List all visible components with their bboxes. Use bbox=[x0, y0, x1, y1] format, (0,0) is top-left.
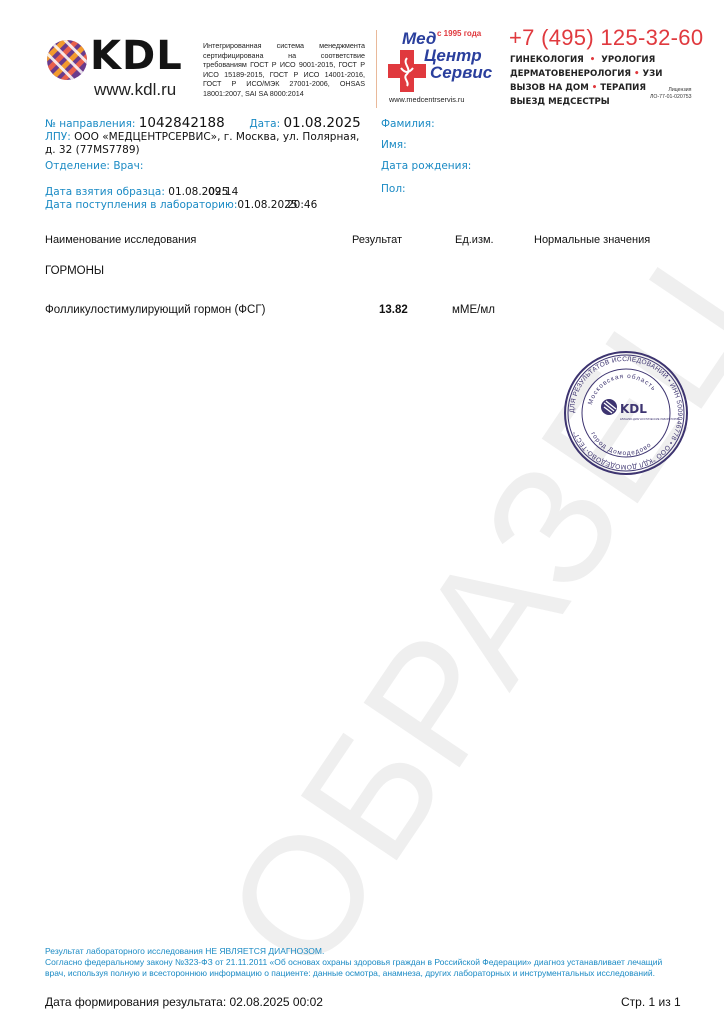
bullet-icon: • bbox=[634, 69, 640, 79]
watermark: ОБРАЗЕЦ bbox=[187, 229, 724, 1003]
lab-date-line: Дата поступления в лабораторию:01.08.202… bbox=[45, 199, 298, 212]
service: ВЫЗОВ НА ДОМ bbox=[510, 83, 589, 93]
referral-number: 1042842188 bbox=[139, 115, 225, 131]
license-number: ЛО-77-01-020753 bbox=[650, 94, 691, 101]
lpu-label: ЛПУ: bbox=[45, 131, 71, 143]
partner-name-1: Мед bbox=[402, 30, 436, 47]
result-unit: мМЕ/мл bbox=[452, 304, 495, 316]
certification-text: Интегрированная система менеджмента серт… bbox=[203, 41, 365, 99]
service: ДЕРМАТОВЕНЕРОЛОГИЯ bbox=[510, 69, 631, 79]
result-name: Фолликулостимулирующий гормон (ФСГ) bbox=[45, 304, 265, 316]
name-label: Имя: bbox=[381, 139, 407, 152]
disclaimer: Результат лабораторного исследования НЕ … bbox=[45, 946, 665, 979]
svg-text:Московская область: Московская область bbox=[587, 373, 657, 406]
partner-url[interactable]: www.medcentrservis.ru bbox=[389, 95, 464, 104]
partner-since: с 1995 года bbox=[437, 29, 481, 38]
generated-label: Дата формирования результата: bbox=[45, 995, 226, 1009]
page-number: Стр. 1 из 1 bbox=[621, 995, 681, 1009]
doctor-label: Врач: bbox=[113, 160, 143, 172]
sex-label: Пол: bbox=[381, 183, 406, 196]
referral-date: 01.08.2025 bbox=[283, 115, 360, 131]
sample-time: 09:14 bbox=[208, 186, 238, 199]
section-title: ГОРМОНЫ bbox=[45, 265, 104, 277]
bullet-icon: • bbox=[592, 83, 598, 93]
kdl-logo-icon bbox=[45, 38, 89, 82]
lpu-value: ООО «МЕДЦЕНТРСЕРВИС», г. Москва, ул. Пол… bbox=[74, 131, 359, 143]
generated-value: 02.08.2025 00:02 bbox=[230, 995, 323, 1009]
service: УРОЛОГИЯ bbox=[601, 55, 655, 65]
column-header-unit: Ед.изм. bbox=[455, 234, 494, 246]
sample-date-label: Дата взятия образца: bbox=[45, 186, 165, 198]
lpu-line: ЛПУ: ООО «МЕДЦЕНТРСЕРВИС», г. Москва, ул… bbox=[45, 131, 359, 144]
medical-cross-icon bbox=[388, 50, 426, 92]
disclaimer-line-1: Результат лабораторного исследования НЕ … bbox=[45, 946, 665, 957]
column-header-result: Результат bbox=[352, 234, 402, 246]
partner-name-2: Центр bbox=[424, 47, 482, 64]
service: ВЫЕЗД МЕДСЕСТРЫ bbox=[510, 97, 610, 107]
department-label: Отделение: bbox=[45, 160, 110, 172]
kdl-logo-text: KDL bbox=[90, 34, 183, 78]
license: Лицензия ЛО-77-01-020753 bbox=[650, 87, 691, 101]
column-header-name: Наименование исследования bbox=[45, 234, 196, 246]
service: ТЕРАПИЯ bbox=[600, 83, 646, 93]
license-label: Лицензия bbox=[650, 87, 691, 94]
surname-label: Фамилия: bbox=[381, 118, 435, 131]
referral-number-line: № направления: 1042842188 Дата: 01.08.20… bbox=[45, 117, 361, 131]
bullet-icon: • bbox=[590, 55, 596, 65]
header-divider bbox=[376, 30, 377, 108]
lab-time: 20:46 bbox=[287, 199, 317, 212]
stamp-seal-icon: ДЛЯ РЕЗУЛЬТАТОВ ИССЛЕДОВАНИЙ • ИНН 50090… bbox=[563, 350, 689, 476]
lab-date-label: Дата поступления в лабораторию: bbox=[45, 199, 237, 211]
column-header-normal: Нормальные значения bbox=[534, 234, 650, 246]
stamp-logo: KDL bbox=[620, 402, 647, 416]
kdl-url[interactable]: www.kdl.ru bbox=[94, 80, 176, 100]
referral-number-label: № направления: bbox=[45, 118, 135, 130]
generated-date: Дата формирования результата: 02.08.2025… bbox=[45, 995, 323, 1009]
referral-date-label: Дата: bbox=[249, 118, 280, 130]
stamp-subtitle: КЛИНИКО-ДИАГНОСТИЧЕСКИЕ ЛАБОРАТОРИИ bbox=[620, 417, 680, 421]
partner-name-3: Сервис bbox=[430, 64, 492, 81]
partner-phone[interactable]: +7 (495) 125-32-60 bbox=[509, 25, 703, 51]
birthdate-label: Дата рождения: bbox=[381, 160, 471, 173]
stamp-inner-top: Московская область bbox=[587, 373, 657, 406]
partner-services: ГИНЕКОЛОГИЯ • УРОЛОГИЯ ДЕРМАТОВЕНЕРОЛОГИ… bbox=[510, 53, 662, 109]
lpu-line-2: д. 32 (77MS7789) bbox=[45, 144, 140, 157]
result-value: 13.82 bbox=[379, 304, 408, 316]
service: УЗИ bbox=[643, 69, 663, 79]
service: ГИНЕКОЛОГИЯ bbox=[510, 55, 584, 65]
department-line: Отделение: Врач: bbox=[45, 160, 143, 173]
sample-date-line: Дата взятия образца: 01.08.2025 bbox=[45, 186, 228, 199]
disclaimer-line-2: Согласно федеральному закону №323-ФЗ от … bbox=[45, 957, 665, 979]
